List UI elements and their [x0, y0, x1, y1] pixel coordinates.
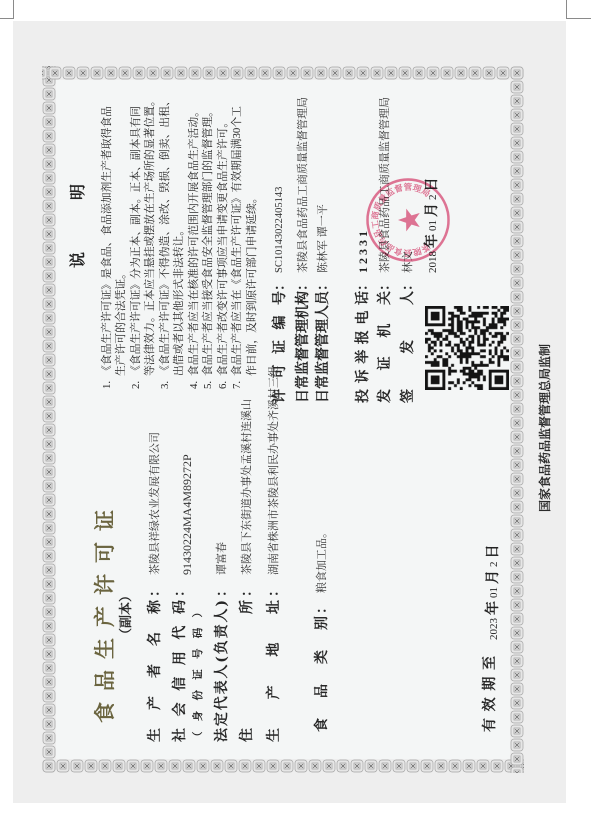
instruction-line: 食品生产者应当接受食品安全监督管理部门的监督管理。	[202, 106, 215, 376]
producer-name-label: 生产者名称	[147, 600, 163, 742]
valid-until-day: 2	[488, 562, 500, 568]
instruction-line: 《食品生产许可证》分为正本、副本。正本、副本具有同	[130, 106, 143, 376]
residence-label: 住所	[239, 600, 255, 742]
colon: ：	[377, 277, 393, 291]
instruction-number: 2.	[130, 381, 143, 389]
document-viewer: 食品生产许可证 （副本） 生产者名称 ： 茶陵县祥绿农业发展有限公司 社会信用代…	[0, 0, 591, 818]
valid-until-date: 2023年01月2日	[482, 545, 502, 644]
valid-until-year: 2023	[488, 618, 500, 640]
legal-representative-value: 谭富春	[215, 542, 229, 575]
license-copy-type: （副本）	[119, 589, 134, 641]
credit-code-label: 社会信用代码	[172, 600, 188, 742]
instruction-number: 4.	[188, 381, 201, 389]
page-corner-mark	[0, 18, 13, 19]
supervision-agency-value: 茶陵县食品药品工商质量监督管理局	[296, 97, 310, 273]
valid-until-month: 01	[488, 587, 500, 598]
colon: ：	[314, 600, 330, 614]
issuing-authority-label: 发证机关	[377, 291, 393, 403]
instruction-number: 3.	[159, 381, 172, 389]
legal-representative-label: 法定代表人(负责人)	[214, 600, 230, 742]
instruction-number: 7.	[231, 381, 244, 389]
colon: ：	[214, 583, 230, 597]
complaint-hotline-label: 投诉举报电话	[355, 291, 371, 403]
colon: ：	[266, 583, 282, 597]
qr-code-icon	[425, 306, 509, 390]
supervision-staff-label: 日常监督管理人员	[315, 291, 331, 403]
colon: ：	[272, 277, 288, 291]
instruction-line: 生产许可的合法凭证。	[115, 268, 128, 376]
instruction-line: 等法律效力。正本应当悬挂或摆放在生产场所的显著位置。	[144, 95, 157, 376]
instruction-number: 5.	[202, 381, 215, 389]
issuer-footer: 国家食品药品监督管理总局监制	[538, 344, 552, 512]
residence-value: 茶陵县下东街道办事处孟溪村连溪山	[240, 399, 254, 575]
instruction-line: 《食品生产许可证》是食品、食品添加剂生产者取得食品	[101, 106, 114, 376]
license-page: 食品生产许可证 （副本） 生产者名称 ： 茶陵县祥绿农业发展有限公司 社会信用代…	[13, 21, 566, 803]
license-number-label: 许可证编号	[272, 291, 288, 403]
production-address-label: 生产地址	[266, 600, 282, 742]
instruction-number: 6.	[217, 381, 230, 389]
year-unit: 年	[485, 601, 501, 615]
star-icon	[398, 209, 420, 232]
page-corner-mark	[13, 0, 14, 19]
page-corner-mark	[566, 0, 567, 19]
colon: ：	[172, 583, 188, 597]
credit-code-value: 91430224MA4M89272P	[180, 454, 194, 575]
supervision-staff-value: 陈林军 谭一平	[316, 204, 330, 273]
colon: ：	[295, 277, 311, 291]
instruction-line: 出借或者以其他形式非法转让。	[173, 225, 186, 376]
food-category-label: 食品类别	[314, 616, 330, 732]
instruction-line: 食品生产者改变许可事项应当申请变更食品生产许可。	[217, 117, 230, 376]
instruction-line: 食品生产者应当在《食品生产许可证》有效期届满30个工	[231, 106, 244, 376]
valid-until-label: 有效期至	[482, 656, 498, 732]
month-unit: 月	[485, 570, 501, 584]
issuer-label: 签发人	[400, 291, 416, 403]
food-category-value: 粮食加工品。	[315, 527, 329, 593]
official-seal: 茶陵县食品药品工商质量监督管理局	[365, 177, 451, 263]
license-number-value: SC10143022405143	[273, 187, 287, 273]
instructions-title: 说明	[69, 132, 87, 268]
producer-name-value: 茶陵县祥绿农业发展有限公司	[148, 432, 162, 575]
instruction-line: 食品生产者应当在核准的许可范围内开展食品生产活动。	[188, 106, 201, 376]
instruction-line: 作日前，及时到原许可部门申请延续。	[246, 192, 259, 376]
colon: ：	[315, 277, 331, 291]
id-number-sublabel: （身份证号码）	[192, 607, 205, 742]
supervision-agency-label: 日常监督管理机构	[295, 291, 311, 403]
colon: ：	[147, 583, 163, 597]
instruction-number: 1.	[101, 381, 114, 389]
colon: ：	[400, 277, 416, 291]
page-corner-mark	[566, 18, 591, 19]
colon: ：	[239, 583, 255, 597]
license-title: 食品生产许可证	[93, 499, 117, 723]
colon: ：	[355, 277, 371, 291]
day-unit: 日	[485, 545, 501, 559]
instruction-line: 《食品生产许可证》不得伪造、涂改、毁损、倒卖、出租、	[159, 95, 172, 376]
